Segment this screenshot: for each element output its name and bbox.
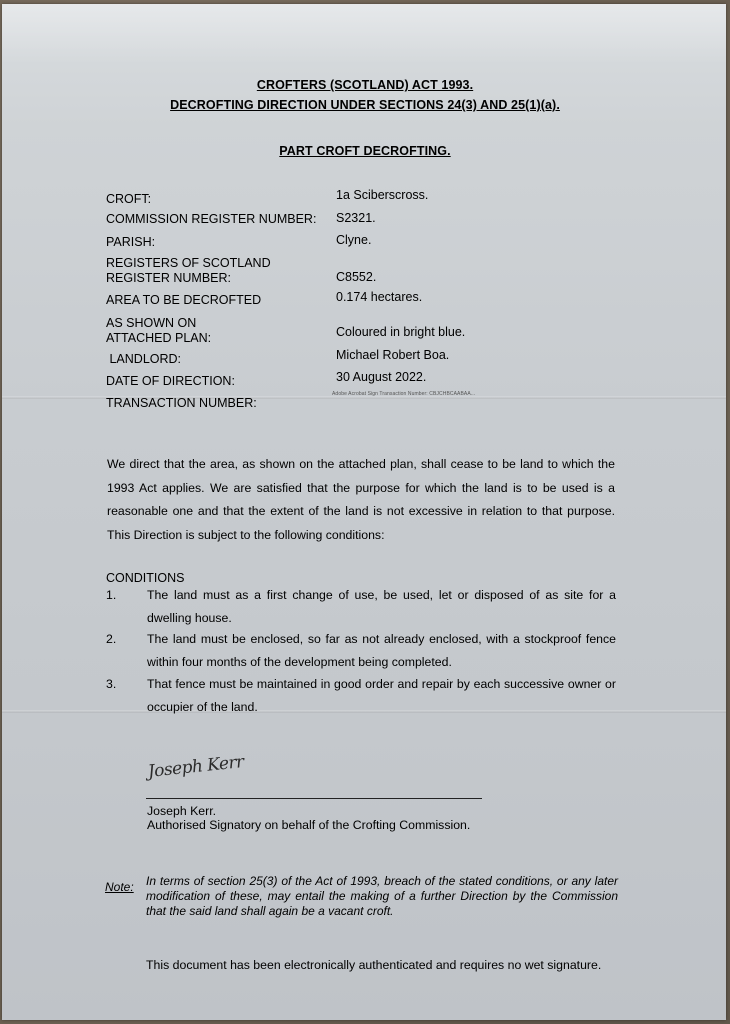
section-heading: PART CROFT DECROFTING. xyxy=(0,144,730,158)
field-value: Michael Robert Boa. xyxy=(336,348,449,363)
condition-text: The land must as a first change of use, … xyxy=(147,584,616,630)
field-label: AS SHOWN ON ATTACHED PLAN: xyxy=(106,316,331,346)
field-value: 1a Sciberscross. xyxy=(336,188,428,203)
field-label: LANDLORD: xyxy=(106,352,331,367)
field-label: DATE OF DIRECTION: xyxy=(106,374,331,389)
condition-number: 1. xyxy=(106,584,136,607)
note-text: In terms of section 25(3) of the Act of … xyxy=(146,874,618,919)
field-value: Coloured in bright blue. xyxy=(336,325,465,340)
field-value: C8552. xyxy=(336,270,376,285)
field-value: 0.174 hectares. xyxy=(336,290,422,305)
field-value: S2321. xyxy=(336,211,376,226)
condition-number: 3. xyxy=(106,673,136,696)
field-label: TRANSACTION NUMBER: xyxy=(106,396,331,411)
direction-paragraph: We direct that the area, as shown on the… xyxy=(107,453,615,547)
field-value: Clyne. xyxy=(336,233,371,248)
paper-shading xyxy=(2,4,726,64)
condition-number: 2. xyxy=(106,628,136,651)
condition-text: That fence must be maintained in good or… xyxy=(147,673,616,719)
condition-text: The land must be enclosed, so far as not… xyxy=(147,628,616,674)
signatory-name: Joseph Kerr. xyxy=(147,804,216,818)
document-title: CROFTERS (SCOTLAND) ACT 1993. xyxy=(0,78,730,92)
field-label: COMMISSION REGISTER NUMBER: xyxy=(106,212,331,227)
field-label: AREA TO BE DECROFTED xyxy=(106,293,331,308)
signatory-role: Authorised Signatory on behalf of the Cr… xyxy=(147,818,470,832)
note-label: Note: xyxy=(105,880,134,894)
document-subtitle: DECROFTING DIRECTION UNDER SECTIONS 24(3… xyxy=(0,98,730,112)
field-value: 30 August 2022. xyxy=(336,370,426,385)
field-label: PARISH: xyxy=(106,235,331,250)
transaction-number-value: Adobe Acrobat Sign Transaction Number: C… xyxy=(332,391,475,397)
signature-line xyxy=(146,798,482,799)
field-label: REGISTERS OF SCOTLAND REGISTER NUMBER: xyxy=(106,256,331,286)
conditions-heading: CONDITIONS xyxy=(106,571,184,585)
authentication-statement: This document has been electronically au… xyxy=(146,958,601,972)
field-label: CROFT: xyxy=(106,192,331,207)
